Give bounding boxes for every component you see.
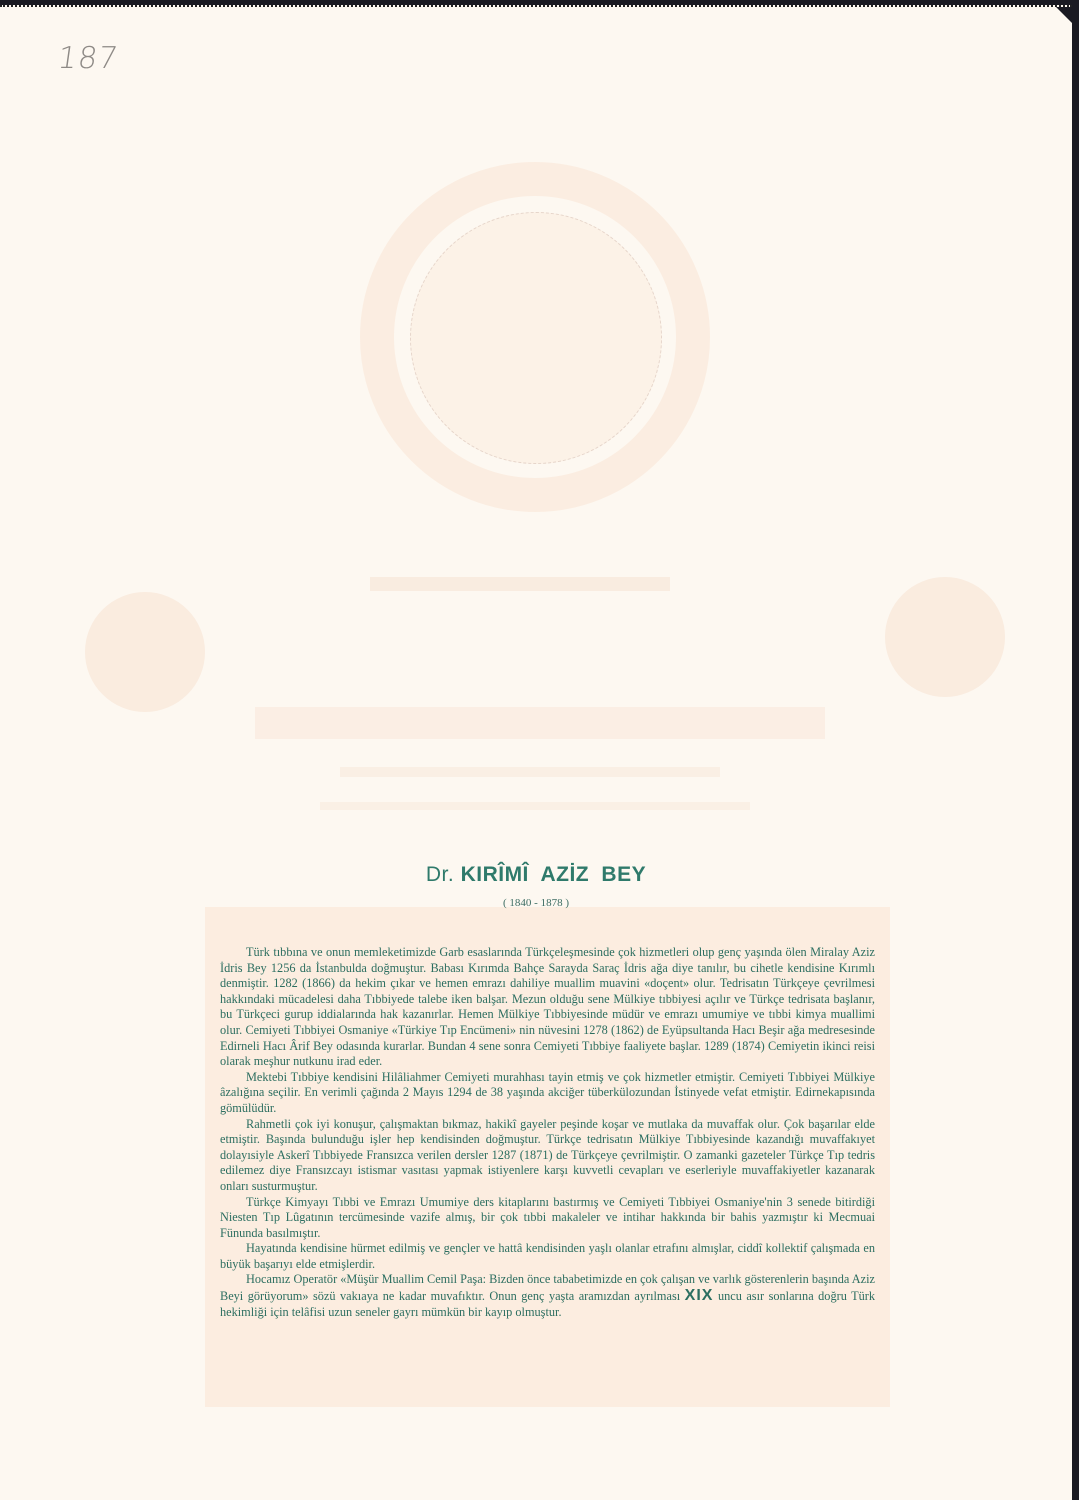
roman-numeral: XIX: [685, 1287, 714, 1304]
life-dates: ( 1840 - 1878 ): [0, 897, 1072, 909]
paragraph: Türkçe Kimyayı Tıbbi ve Emrazı Umumiye d…: [220, 1195, 875, 1242]
biography-text: Türk tıbbına ve onun memleketimizde Garb…: [220, 945, 875, 1320]
watermark-title: [255, 707, 825, 739]
watermark-portrait-oval: [410, 212, 662, 464]
paragraph: Türk tıbbına ve onun memleketimizde Garb…: [220, 945, 875, 1070]
paragraph: Mektebi Tıbbiye kendisini Hilâliahmer Ce…: [220, 1070, 875, 1117]
watermark-seal-left: [85, 592, 205, 712]
page-title: Dr. KIRÎMÎ AZİZ BEY: [0, 863, 1072, 887]
paragraph-last: Hocamız Operatör «Müşür Muallim Cemil Pa…: [220, 1272, 875, 1320]
watermark-text-line: [370, 577, 670, 591]
watermark-text-line: [320, 802, 750, 810]
page-corner-fold: [1056, 7, 1072, 23]
paragraph: Hayatında kendisine hürmet edilmiş ve ge…: [220, 1241, 875, 1272]
title-prefix: Dr.: [426, 863, 454, 886]
watermark-seal-right: [885, 577, 1005, 697]
title-name: KIRÎMÎ AZİZ BEY: [461, 863, 647, 886]
paragraph: Rahmetli çok iyi konuşur, çalışmaktan bı…: [220, 1117, 875, 1195]
handwritten-page-number: 187: [56, 41, 121, 76]
watermark-text-line: [340, 767, 720, 777]
document-page: 187 Dr. KIRÎMÎ AZİZ BEY ( 1840 - 1878 ) …: [0, 5, 1072, 1500]
